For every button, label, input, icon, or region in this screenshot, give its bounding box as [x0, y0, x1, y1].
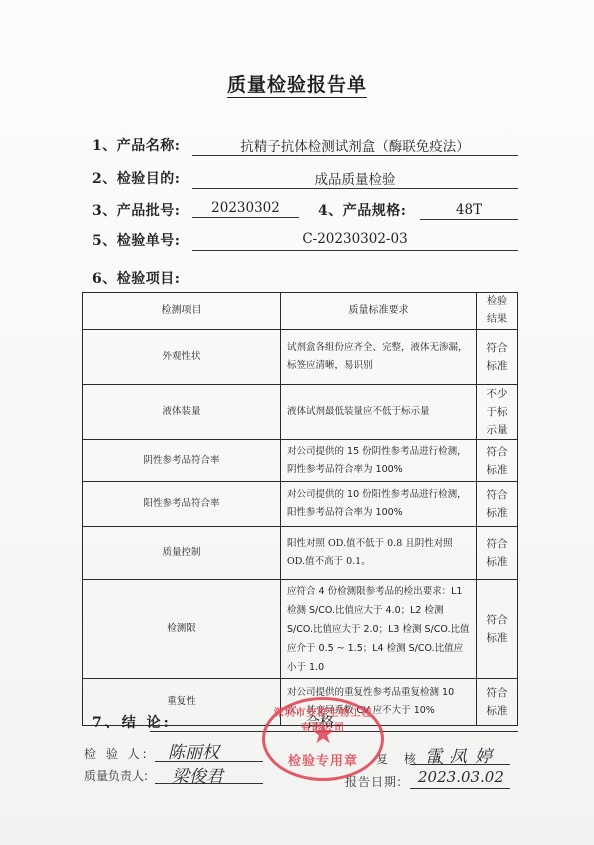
report-no-underline: [192, 250, 518, 251]
spec-value: 48T: [420, 202, 518, 218]
row-result: 符合标准: [477, 580, 518, 679]
table-header-row: 检测项目 质量标准要求 检验结果: [83, 293, 518, 330]
product-name-label: 1、产品名称:: [92, 135, 180, 155]
row-result: 符合标准: [477, 679, 518, 726]
row-item: 检测限: [83, 580, 281, 679]
reviewer-signature: 雷凤婷: [425, 742, 500, 767]
row-standard: 液体试剂最低装量应不低于标示量: [281, 385, 477, 440]
header-standard: 质量标准要求: [281, 293, 477, 330]
header-item: 检测项目: [83, 293, 281, 330]
row-result: 不少于标示量: [477, 385, 518, 440]
row-standard: 阳性对照 OD.值不低于 0.8 且阴性对照 OD.值不高于 0.1。: [281, 527, 477, 580]
title-text: 质量检验报告单: [227, 74, 367, 98]
row-item: 阳性参考品符合率: [83, 482, 281, 527]
inspection-table: 检测项目 质量标准要求 检验结果 外观性状 试剂盒各组份应齐全、完整，液体无渗漏…: [82, 292, 518, 726]
company-stamp: 深圳市安群生物工程有限公司 ★ 检验专用章: [262, 697, 384, 781]
row-item: 阴性参考品符合率: [83, 440, 281, 482]
table-row: 阴性参考品符合率 对公司提供的 15 份阴性参考品进行检测，阴性参考品符合率为 …: [83, 440, 518, 482]
row-result: 符合标准: [477, 482, 518, 527]
header-result: 检验结果: [477, 293, 518, 330]
report-no-label: 5、检验单号:: [92, 230, 180, 250]
stamp-bottom-text: 检验专用章: [265, 750, 381, 769]
row-standard: 试剂盒各组份应齐全、完整，液体无渗漏，标签应清晰，易识别: [281, 330, 477, 385]
row-result: 符合标准: [477, 440, 518, 482]
row-result: 符合标准: [477, 330, 518, 385]
spec-label: 4、产品规格:: [318, 200, 406, 220]
product-name-underline: [192, 155, 518, 156]
table-row: 外观性状 试剂盒各组份应齐全、完整，液体无渗漏，标签应清晰，易识别 符合标准: [83, 330, 518, 385]
page-title: 质量检验报告单: [0, 70, 594, 97]
table-row: 质量控制 阳性对照 OD.值不低于 0.8 且阴性对照 OD.值不高于 0.1。…: [83, 527, 518, 580]
product-name-value: 抗精子抗体检测试剂盒（酶联免疫法）: [192, 135, 518, 155]
row-standard: 对公司提供的 10 份阳性参考品进行检测，阳性参考品符合率为 100%: [281, 482, 477, 527]
spec-underline: [420, 219, 518, 220]
purpose-label: 2、检验目的:: [92, 168, 180, 188]
quality-manager-signature: 梁俊君: [172, 762, 223, 787]
row-standard: 应符合 4 份检测限参考品的检出要求：L1 检测 S/CO.比值应大于 4.0；…: [281, 580, 477, 679]
row-standard: 对公司提供的 15 份阴性参考品进行检测，阴性参考品符合率为 100%: [281, 440, 477, 482]
quality-manager-label: 质量负责人:: [84, 767, 148, 784]
inspector-label: 检 验 人:: [84, 745, 150, 762]
items-label: 6、检验项目:: [92, 268, 180, 288]
row-item: 外观性状: [83, 330, 281, 385]
table-row: 检测限 应符合 4 份检测限参考品的检出要求：L1 检测 S/CO.比值应大于 …: [83, 580, 518, 679]
report-date-label: 报告日期:: [345, 773, 402, 790]
batch-no-value: 20230302: [192, 200, 299, 216]
star-icon: ★: [265, 720, 381, 748]
report-date-value: 2023.03.02: [418, 768, 504, 786]
batch-no-label: 3、产品批号:: [92, 200, 180, 220]
row-result: 符合标准: [477, 527, 518, 580]
table-row: 液体装量 液体试剂最低装量应不低于标示量 不少于标示量: [83, 385, 518, 440]
row-item: 质量控制: [83, 527, 281, 580]
batch-no-underline: [192, 217, 299, 218]
conclusion-label: 7、结 论:: [92, 712, 172, 732]
inspector-signature: 陈丽权: [168, 738, 219, 763]
row-item: 液体装量: [83, 385, 281, 440]
table-row: 阳性参考品符合率 对公司提供的 10 份阳性参考品进行检测，阳性参考品符合率为 …: [83, 482, 518, 527]
purpose-value: 成品质量检验: [192, 168, 518, 188]
report-page: 质量检验报告单 1、产品名称: 抗精子抗体检测试剂盒（酶联免疫法） 2、检验目的…: [0, 0, 594, 845]
purpose-underline: [192, 188, 518, 189]
report-date-underline: [410, 788, 510, 789]
report-no-value: C-20230302-03: [192, 231, 518, 247]
